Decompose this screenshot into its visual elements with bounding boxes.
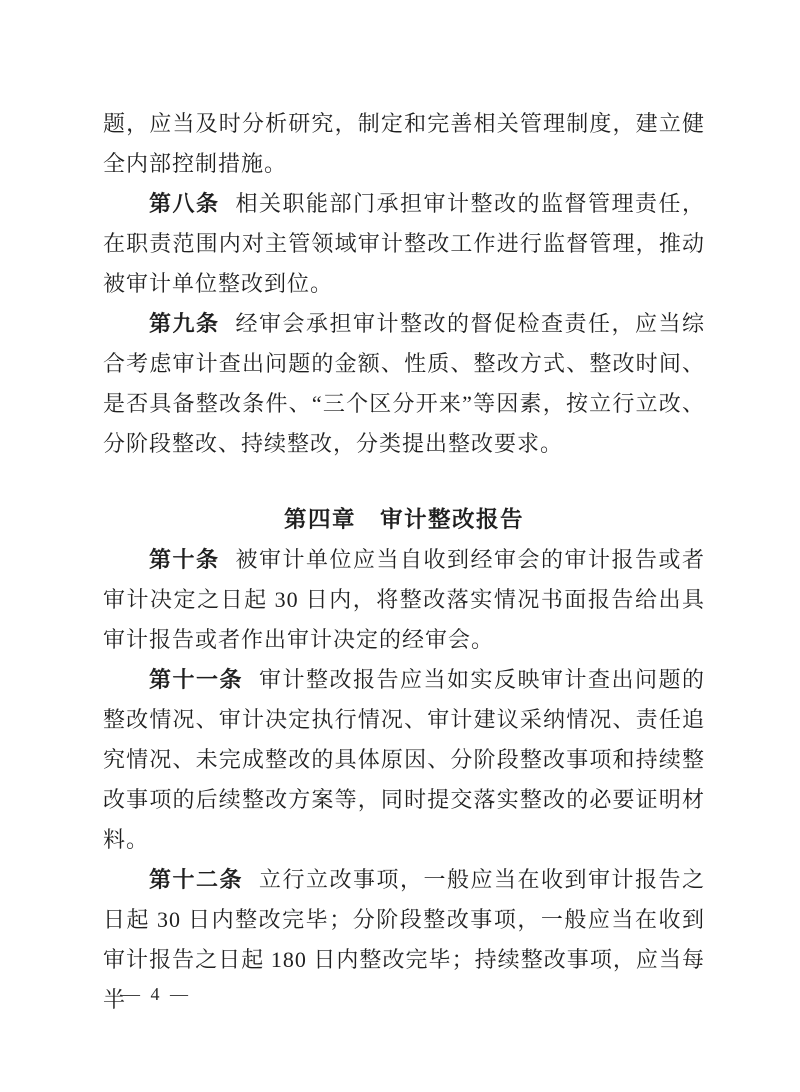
paragraph-article-10: 第十条被审计单位应当自收到经审会的审计报告或者审计决定之日起 30 日内，将整改… — [103, 540, 705, 660]
paragraph-continuation: 题，应当及时分析研究，制定和完善相关管理制度，建立健全内部控制措施。 — [103, 104, 705, 184]
paragraph-article-8: 第八条相关职能部门承担审计整改的监督管理责任，在职责范围内对主管领域审计整改工作… — [103, 184, 705, 304]
article-10-label: 第十条 — [149, 547, 220, 572]
article-12-label: 第十二条 — [149, 867, 243, 892]
article-9-label: 第九条 — [149, 311, 220, 336]
article-11-label: 第十一条 — [149, 667, 243, 692]
article-8-label: 第八条 — [149, 191, 220, 216]
chapter-heading: 第四章 审计整改报告 — [103, 500, 705, 540]
article-11-text: 审计整改报告应当如实反映审计查出问题的整改情况、审计决定执行情况、审计建议采纳情… — [103, 667, 705, 852]
continuation-text: 题，应当及时分析研究，制定和完善相关管理制度，建立健全内部控制措施。 — [103, 111, 705, 176]
paragraph-article-12: 第十二条立行立改事项，一般应当在收到审计报告之日起 30 日内整改完毕；分阶段整… — [103, 860, 705, 1020]
paragraph-article-9: 第九条经审会承担审计整改的督促检查责任，应当综合考虑审计查出问题的金额、性质、整… — [103, 304, 705, 464]
document-body: 题，应当及时分析研究，制定和完善相关管理制度，建立健全内部控制措施。 第八条相关… — [103, 104, 705, 1020]
document-page: 题，应当及时分析研究，制定和完善相关管理制度，建立健全内部控制措施。 第八条相关… — [0, 0, 800, 1092]
paragraph-article-11: 第十一条审计整改报告应当如实反映审计查出问题的整改情况、审计决定执行情况、审计建… — [103, 660, 705, 860]
page-number: — 4 — — [122, 982, 191, 1006]
